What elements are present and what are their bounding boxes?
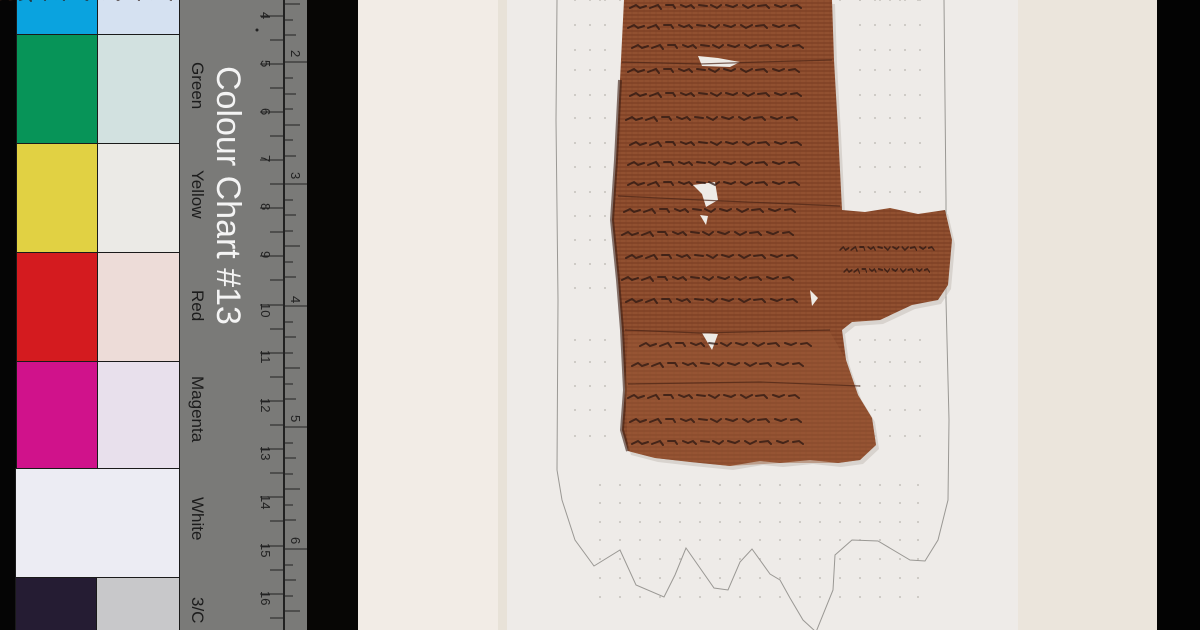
papyrus-fragment: [0, 0, 1200, 630]
